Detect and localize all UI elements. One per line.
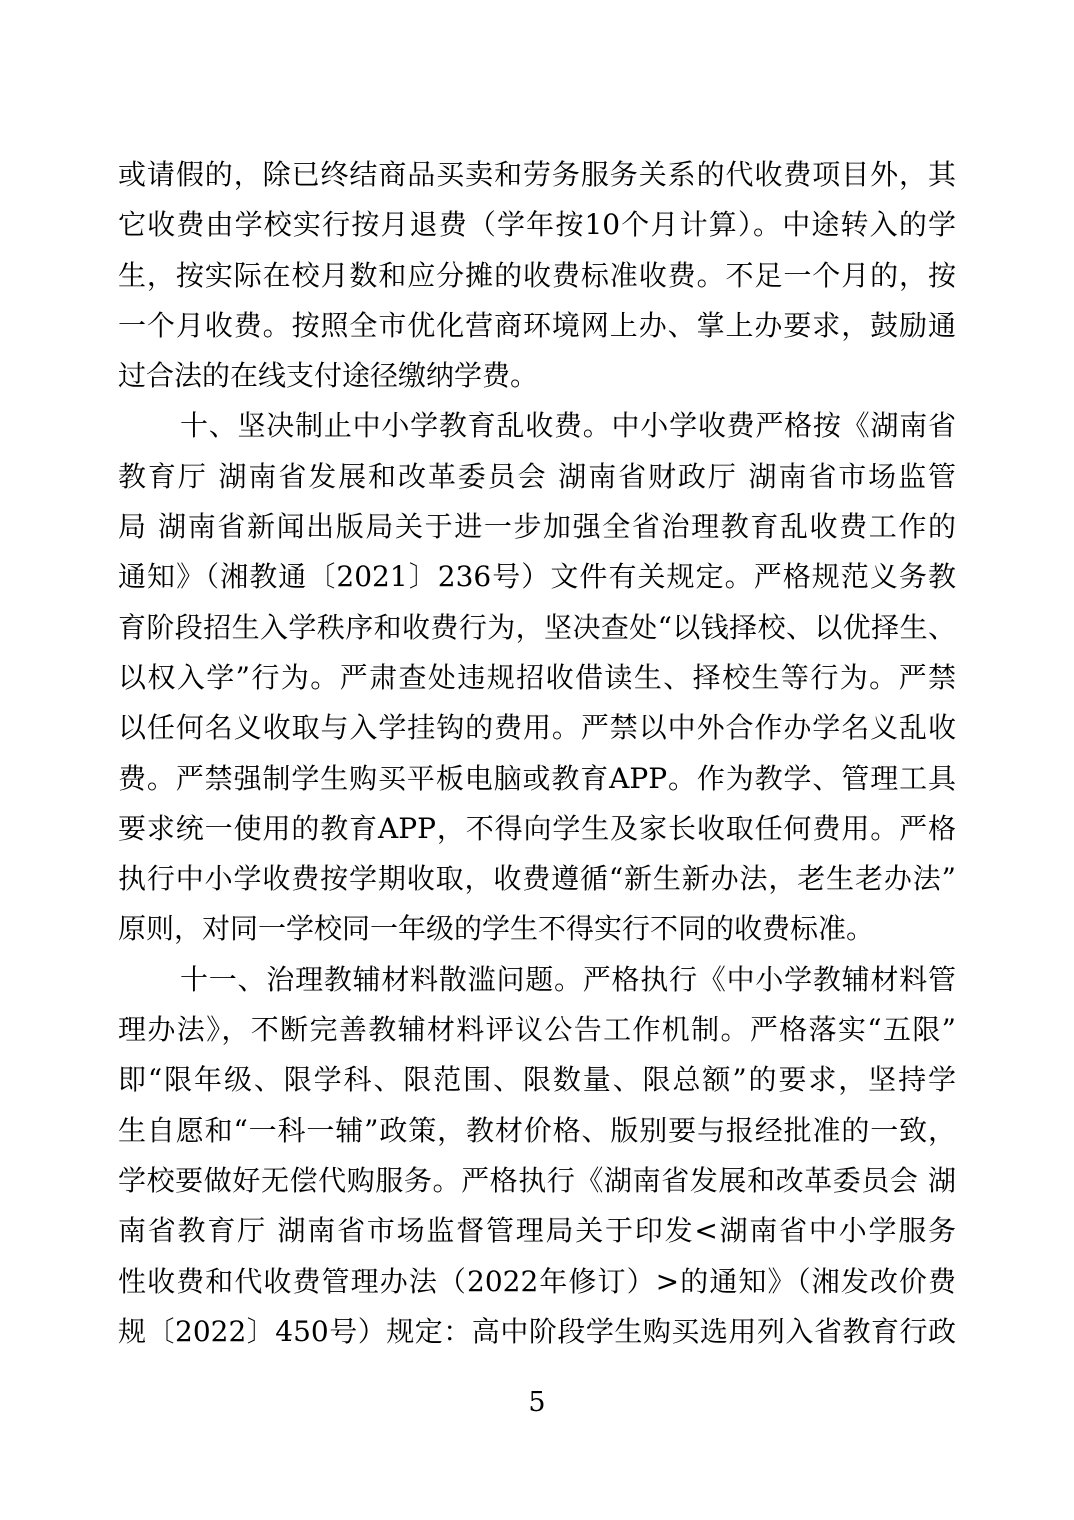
text-line: 育阶段招生入学秩序和收费行为，坚决查处“以钱择校、以优择生、 [118,603,956,653]
text-line: 规〔2022〕450号）规定：高中阶段学生购买选用列入省教育行政 [118,1307,956,1357]
text-line: 一个月收费。按照全市优化营商环境网上办、掌上办要求，鼓励通 [118,301,956,351]
text-line: 学校要做好无偿代购服务。严格执行《湖南省发展和改革委员会 湖 [118,1156,956,1206]
text-line: 它收费由学校实行按月退费（学年按10个月计算）。中途转入的学 [118,200,956,250]
text-line: 十一、治理教辅材料散滥问题。严格执行《中小学教辅材料管 [118,955,956,1005]
text-line: 十、坚决制止中小学教育乱收费。中小学收费严格按《湖南省 [118,401,956,451]
text-line: 通知》（湘教通〔2021〕236号）文件有关规定。严格规范义务教 [118,552,956,602]
text-line: 执行中小学收费按学期收取，收费遵循“新生新办法，老生老办法” [118,854,956,904]
text-block: 或请假的，除已终结商品买卖和劳务服务关系的代收费项目外，其它收费由学校实行按月退… [118,150,956,1357]
text-line: 生，按实际在校月数和应分摊的收费标准收费。不足一个月的，按 [118,251,956,301]
text-line: 即“限年级、限学科、限范围、限数量、限总额”的要求，坚持学 [118,1055,956,1105]
text-line: 以权入学”行为。严肃查处违规招收借读生、择校生等行为。严禁 [118,653,956,703]
text-line: 性收费和代收费管理办法（2022年修订）>的通知》（湘发改价费 [118,1257,956,1307]
text-line: 局 湖南省新闻出版局关于进一步加强全省治理教育乱收费工作的 [118,502,956,552]
text-line: 原则，对同一学校同一年级的学生不得实行不同的收费标准。 [118,904,956,954]
text-line: 理办法》，不断完善教辅材料评议公告工作机制。严格落实“五限” [118,1005,956,1055]
text-line: 费。严禁强制学生购买平板电脑或教育APP。作为教学、管理工具 [118,754,956,804]
text-line: 过合法的在线支付途径缴纳学费。 [118,351,956,401]
text-line: 或请假的，除已终结商品买卖和劳务服务关系的代收费项目外，其 [118,150,956,200]
text-line: 以任何名义收取与入学挂钩的费用。严禁以中外合作办学名义乱收 [118,703,956,753]
text-line: 南省教育厅 湖南省市场监督管理局关于印发<湖南省中小学服务 [118,1206,956,1256]
text-line: 教育厅 湖南省发展和改革委员会 湖南省财政厅 湖南省市场监管 [118,452,956,502]
document-page: 或请假的，除已终结商品买卖和劳务服务关系的代收费项目外，其它收费由学校实行按月退… [0,0,1074,1520]
page-number: 5 [0,1386,1074,1420]
text-line: 生自愿和“一科一辅”政策，教材价格、版别要与报经批准的一致， [118,1106,956,1156]
text-line: 要求统一使用的教育APP，不得向学生及家长收取任何费用。严格 [118,804,956,854]
